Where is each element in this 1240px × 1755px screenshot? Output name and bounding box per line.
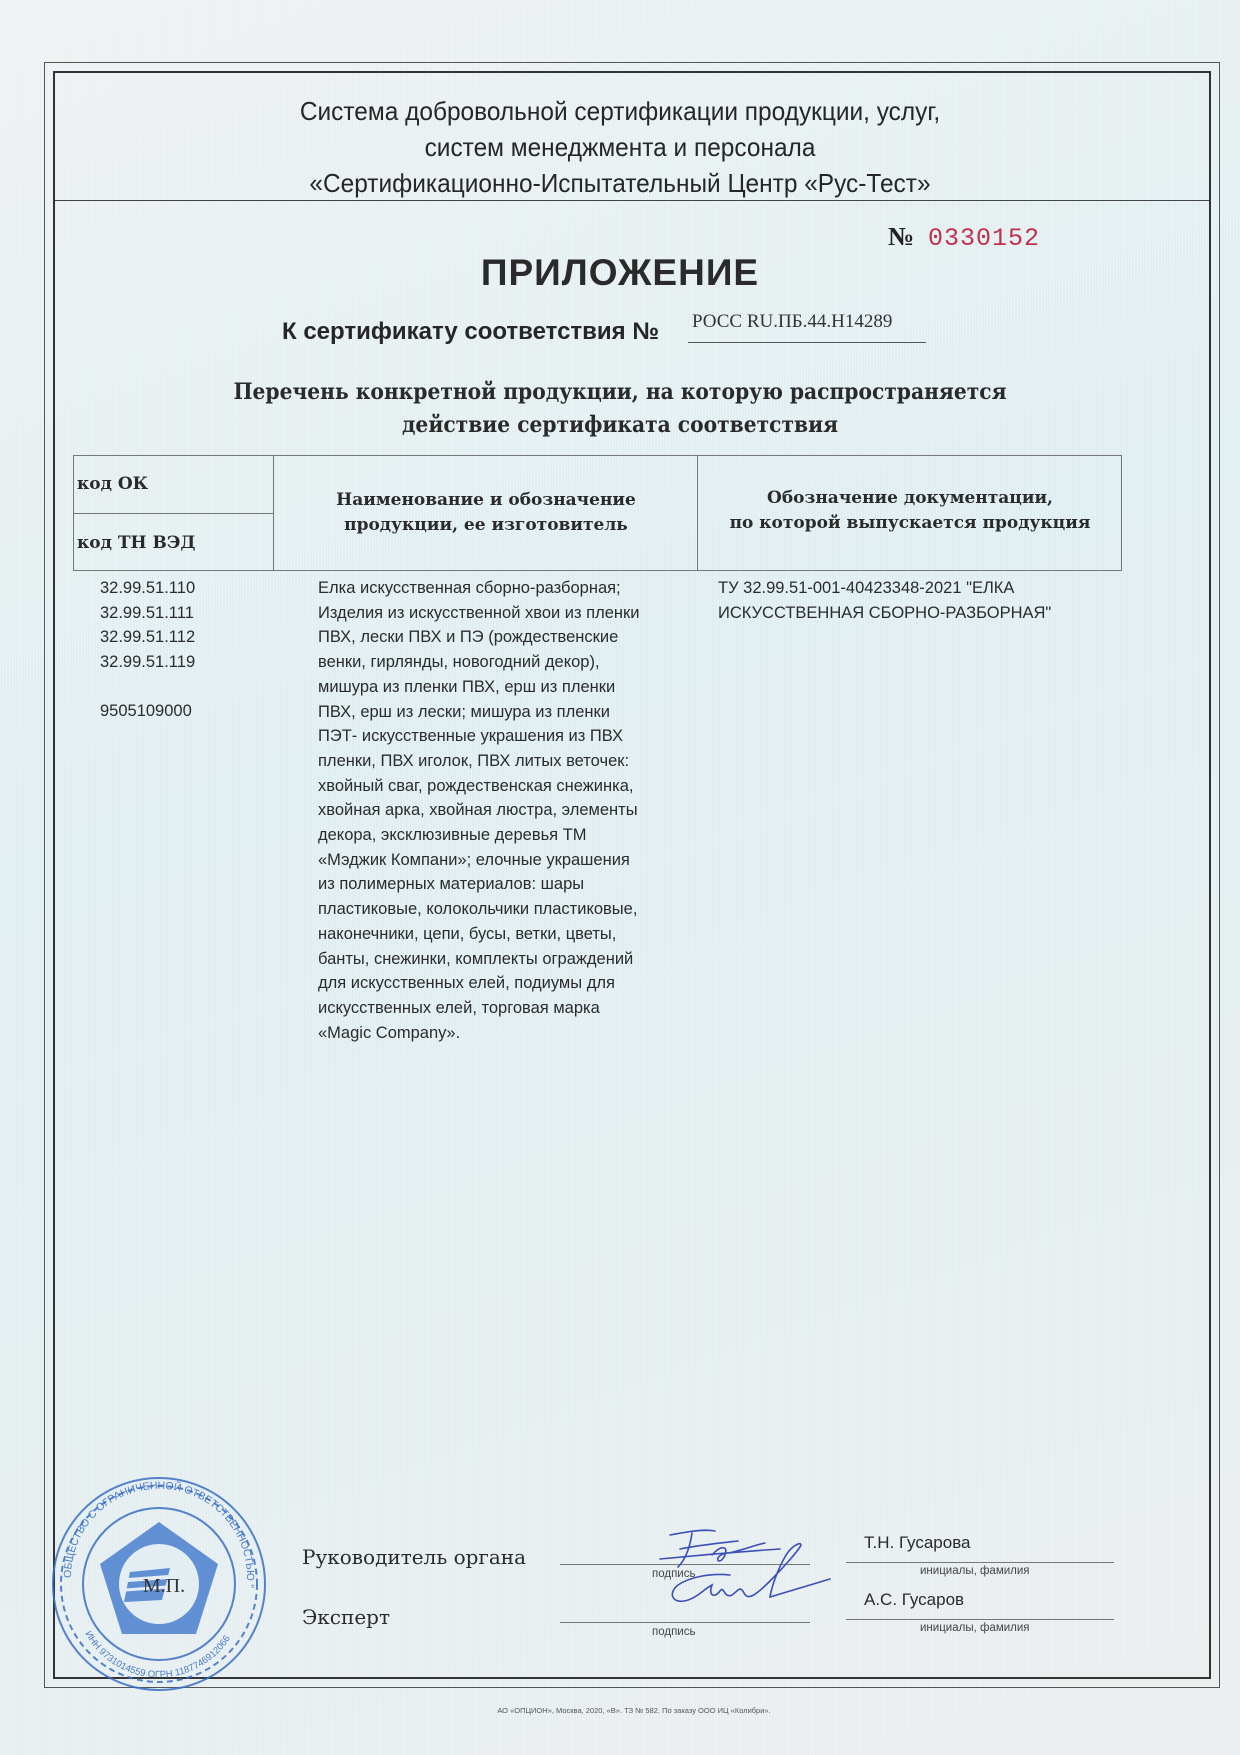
code-ok: 32.99.51.111 [100,601,195,626]
table-header-code-divider [73,513,274,514]
head-name-caption: инициалы, фамилия [920,1565,1030,1577]
documentation-line: ИСКУССТВЕННАЯ СБОРНО-РАЗБОРНАЯ" [718,601,1118,626]
organization-stamp: ОБЩЕСТВО С ОГРАНИЧЕННОЙ ОТВЕТСТВЕННОСТЬЮ… [42,1472,276,1692]
header-product-name: Наименование и обозначение продукции, ее… [275,488,697,538]
organization-line-2: систем менеджмента и персонала [178,128,1062,166]
codes-cell: 32.99.51.110 32.99.51.111 32.99.51.112 3… [100,576,195,723]
product-line: венки, гирлянды, новогодний декор), [318,650,718,675]
product-line: ПЭТ- искусственные украшения из ПВХ [318,724,718,749]
product-line: хвойный сваг, рождественская снежинка, [318,774,718,799]
signature-scribbles-icon [620,1515,860,1625]
product-line: банты, снежинки, комплекты ограждений [318,947,718,972]
form-number: 0330152 [928,224,1040,253]
product-line: пластиковые, колокольчики пластиковые, [318,897,718,922]
product-line: ПВХ, лески ПВХ и ПЭ (рождественские [318,625,718,650]
product-line: «Мэджик Компани»; елочные украшения [318,848,718,873]
subtitle-line-2: действие сертификата соответствия [178,409,1061,442]
header-documentation-line: Обозначение документации, [698,486,1122,511]
header-product-line: Наименование и обозначение [275,488,697,513]
form-number-label: № [888,222,914,252]
product-line: Изделия из искусственной хвои из пленки [318,601,718,626]
printer-footer: АО «ОПЦИОН», Москва, 2020, «В». ТЗ № 582… [444,1706,824,1715]
certificate-number-underline [688,342,926,343]
expert-name: А.С. Гусаров [864,1590,964,1610]
head-name: Т.Н. Гусарова [864,1533,970,1553]
product-line: декора, эксклюзивные деревья ТМ [318,823,718,848]
expert-signature-caption: подпись [652,1626,695,1638]
documentation-line: ТУ 32.99.51-001-40423348-2021 "ЕЛКА [718,576,1118,601]
product-line: наконечники, цепи, бусы, ветки, цветы, [318,922,718,947]
head-name-line [846,1562,1114,1563]
header-code-tnved: код ТН ВЭД [77,533,196,553]
code-ok: 32.99.51.112 [100,625,195,650]
header-divider [55,200,1209,201]
expert-role-label: Эксперт [302,1605,390,1629]
spacer [100,674,195,699]
organization-line-1: Система добровольной сертификации продук… [178,92,1062,130]
header-product-line: продукции, ее изготовитель [275,513,697,538]
header-documentation-line: по которой выпускается продукция [698,511,1122,536]
organization-line-3: «Сертификационно-Испытательный Центр «Ру… [178,164,1062,202]
product-line: для искусственных елей, подиумы для [318,971,718,996]
document-title: ПРИЛОЖЕНИЕ [300,252,940,294]
code-ok: 32.99.51.110 [100,576,195,601]
product-line: мишура из пленки ПВХ, ерш из пленки [318,675,718,700]
code-tnved: 9505109000 [100,699,195,724]
documentation-cell: ТУ 32.99.51-001-40423348-2021 "ЕЛКА ИСКУ… [718,576,1118,625]
product-line: искусственных елей, торговая марка [318,996,718,1021]
subtitle-line-1: Перечень конкретной продукции, на котору… [178,376,1061,409]
product-line: «Magic Company». [318,1021,718,1046]
product-description-cell: Елка искусственная сборно-разборная;Изде… [318,576,718,1045]
expert-name-caption: инициалы, фамилия [920,1622,1030,1634]
list-subtitle: Перечень конкретной продукции, на котору… [178,376,1061,442]
product-line: из полимерных материалов: шары [318,872,718,897]
product-line: хвойная арка, хвойная люстра, элементы [318,798,718,823]
product-line: Елка искусственная сборно-разборная; [318,576,718,601]
product-line: ПВХ, ерш из лески; мишура из пленки [318,700,718,725]
stamp-mp-label: М.П. [143,1575,185,1597]
certificate-label: К сертификату соответствия № [282,318,659,346]
head-role-label: Руководитель органа [302,1545,526,1569]
certificate-number: РОСС RU.ПБ.44.Н14289 [692,311,892,333]
header-documentation: Обозначение документации, по которой вып… [698,486,1122,536]
expert-name-line [846,1619,1114,1620]
header-code-ok: код ОК [77,474,148,494]
product-line: пленки, ПВХ иголок, ПВХ литых веточек: [318,749,718,774]
code-ok: 32.99.51.119 [100,650,195,675]
